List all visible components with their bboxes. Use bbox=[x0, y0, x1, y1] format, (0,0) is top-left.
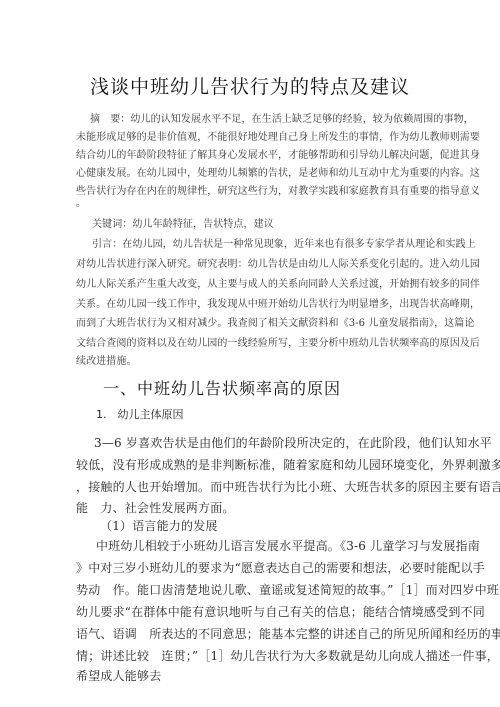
paragraph-line: 较低，没有形成成熟的是非判断标准，随着家庭和幼儿园环境变化，外界刺激多 bbox=[76, 456, 500, 473]
abstract-line: 摘 要：幼儿的认知发展水平不足，在生活上缺乏足够的经验，较为依赖周围的事物， bbox=[90, 110, 474, 125]
paragraph-line: 3—6 岁喜欢告状是由他们的年龄阶段所决定的，在此阶段，他们认知水平 bbox=[94, 434, 492, 451]
intro-line: 引言：在幼儿园，幼儿告状是一种常见现象，近年来也有很多专家学者从理论和实践上 bbox=[92, 235, 476, 250]
document-title: 浅谈中班幼儿告状行为的特点及建议 bbox=[0, 72, 500, 99]
paragraph-line: 情；讲述比较 连贯；”［1］幼儿告状行为大多数就是幼儿向成人描述一件事， bbox=[76, 647, 499, 664]
paragraph-line: 希望成人能够去 bbox=[76, 667, 161, 684]
abstract-line: 些告状行为存在内在的规律性，研究这些行为，对教学实践和家庭教育具有重要的指导意义 bbox=[76, 182, 480, 197]
intro-line: 关系。在幼儿园一线工作中，我发现从中班开始幼儿告状行为明显增多，出现告状高峰期， bbox=[76, 295, 480, 310]
paragraph-line: 中班幼儿相较于小班幼儿语言发展水平提高。《3-6 儿童学习与发展指南 bbox=[96, 537, 480, 554]
paragraph-line: 语气、语调 所表达的不同意思；能基本完整的讲述自己的所见所闻和经历的事 bbox=[76, 625, 500, 642]
abstract-line: 心健康发展。在幼儿园中，处理幼儿频繁的告状，是老师和幼儿互动中尤为重要的内容。这 bbox=[76, 164, 480, 179]
abstract-line: 结合幼儿的年龄阶段特征了解其身心发展水平，才能够帮助和引导幼儿解决问题，促进其身 bbox=[76, 146, 480, 161]
abstract-line: 未能形成足够的是非价值观，不能很好地处理自己身上所发生的事情，作为幼儿教师则需要 bbox=[76, 128, 480, 143]
document-page: 浅谈中班幼儿告状行为的特点及建议 摘 要：幼儿的认知发展水平不足，在生活上缺乏足… bbox=[0, 0, 500, 707]
intro-line: 而到了大班告状行为又相对减少。我查阅了相关文献资料和《3-6 儿童发展指南》，这… bbox=[76, 314, 474, 329]
paragraph-line: 势动 作。能口齿清楚地说儿歌、童谣或复述简短的故事。”［1］而对四岁中班 bbox=[76, 581, 499, 598]
intro-line: 续改进措施。 bbox=[76, 352, 137, 367]
abstract-line: 。 bbox=[76, 194, 86, 209]
subsection-heading: 1. 幼儿主体原因 bbox=[96, 406, 184, 422]
intro-line: 对幼儿告状进行深入研究。研究表明：幼儿告状是由幼儿人际关系变化引起的。进入幼儿园 bbox=[76, 255, 480, 270]
paragraph-line: 能 力、社会性发展两方面。 bbox=[76, 499, 235, 516]
section-heading: 一、中班幼儿告状频率高的原因 bbox=[103, 376, 341, 399]
paragraph-line: ，接触的人也开始增加。而中班告状行为比小班、大班告状多的原因主要有语言 bbox=[76, 478, 500, 495]
point-heading: （1）语言能力的发展 bbox=[100, 517, 218, 534]
paragraph-line: 幼儿要求“在群体中能有意识地听与自己有关的信息；能结合情境感受到不同 bbox=[76, 603, 485, 620]
intro-line: 文结合查阅的资料以及在幼儿园的一线经验所写，主要分析中班幼儿告状频率高的原因及后 bbox=[76, 334, 480, 349]
intro-line: 幼儿人际关系产生重大改变，从主要与成人的关系向同龄人关系过渡，开始拥有较多的同伴 bbox=[76, 275, 480, 290]
paragraph-line: 》中对三岁小班幼儿的要求为“愿意表达自己的需要和想法，必要时能配以手 bbox=[76, 559, 485, 576]
keywords: 关键词：幼儿年龄特征，告状特点，建议 bbox=[92, 215, 274, 230]
